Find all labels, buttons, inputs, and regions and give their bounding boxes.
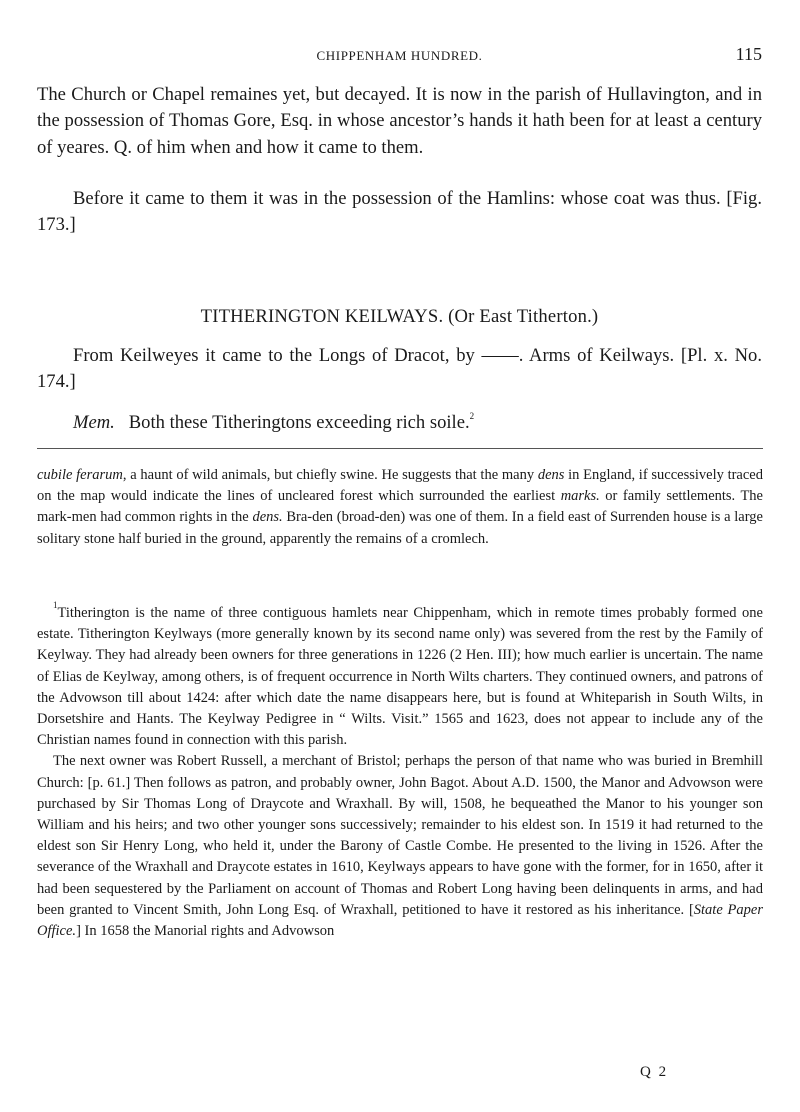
paragraph-text: From Keilweyes it came to the Longs of D… — [37, 343, 762, 396]
paragraph-mem: Mem. Both these Titheringtons exceeding … — [37, 410, 762, 436]
footnote-fragment: The next owner was Robert Russell, a mer… — [37, 753, 763, 917]
running-title: CHIPPENHAM HUNDRED. — [37, 48, 762, 64]
paragraph-text: Before it came to them it was in the pos… — [37, 186, 762, 239]
signature-mark: Q 2 — [640, 1064, 668, 1081]
main-paragraph-hamlins: Before it came to them it was in the pos… — [37, 186, 762, 239]
footnote-text: The next owner was Robert Russell, a mer… — [37, 751, 763, 942]
main-paragraph-mem: Mem. Both these Titheringtons exceeding … — [37, 410, 762, 436]
running-head: CHIPPENHAM HUNDRED. 115 — [37, 44, 762, 66]
mem-text: Both these Titheringtons exceeding rich … — [129, 412, 470, 433]
footnote-separator — [37, 448, 763, 449]
footnote-fragment: Titherington is the name of three contig… — [37, 605, 763, 748]
paragraph-text: The Church or Chapel remaines yet, but d… — [37, 82, 762, 161]
italic-term: marks. — [561, 488, 600, 504]
main-paragraph-keilweyes: From Keilweyes it came to the Longs of D… — [37, 343, 762, 396]
book-page: CHIPPENHAM HUNDRED. 115 The Church or Ch… — [0, 0, 800, 1112]
footnote-text: cubile ferarum, a haunt of wild animals,… — [37, 465, 763, 550]
footnote-text: 1Titherington is the name of three conti… — [37, 603, 763, 751]
footnote-fragment: , a haunt of wild animals, but chiefly s… — [123, 467, 538, 483]
mem-label: Mem. — [73, 412, 115, 433]
footnote-ref: 2 — [470, 411, 475, 421]
italic-term: dens — [538, 467, 565, 483]
page-number: 115 — [736, 44, 762, 65]
italic-term: cubile ferarum — [37, 467, 123, 483]
main-paragraph-church: The Church or Chapel remaines yet, but d… — [37, 82, 762, 161]
footnote-continued: cubile ferarum, a haunt of wild animals,… — [37, 465, 763, 550]
footnote-fragment: ] In 1658 the Manorial rights and Advows… — [76, 923, 334, 939]
section-heading: TITHERINGTON KEILWAYS. (Or East Titherto… — [37, 306, 762, 328]
italic-term: dens. — [252, 509, 282, 525]
footnote-1: 1Titherington is the name of three conti… — [37, 603, 763, 942]
